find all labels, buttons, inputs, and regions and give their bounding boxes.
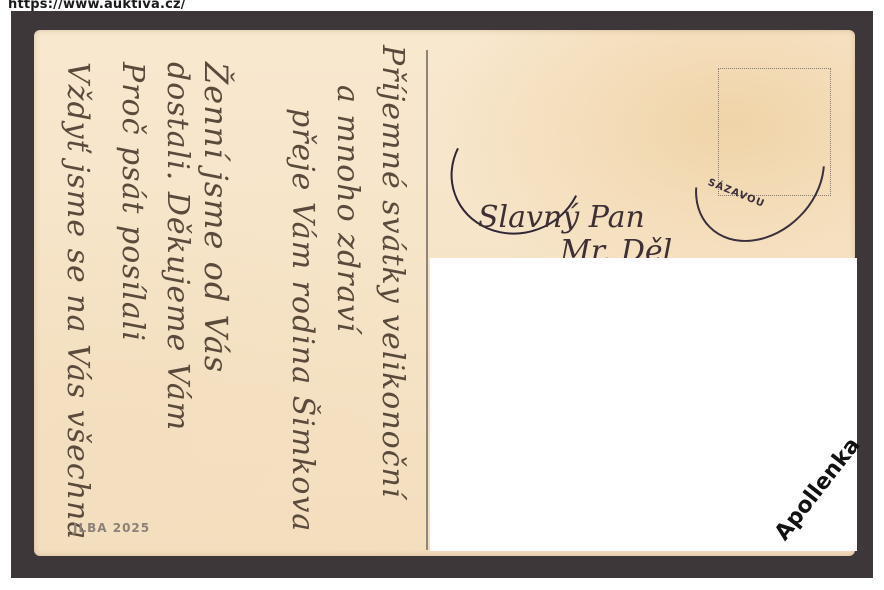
- handwriting-line-2: Proč psát posílali: [115, 62, 150, 342]
- handwriting-line-1: Vždyť jsme se na Vás všechna: [60, 62, 95, 540]
- handwriting-line-3: dostali. Děkujeme Vám: [160, 62, 195, 431]
- publisher-imprint: JLBA 2025: [73, 521, 150, 535]
- handwriting-line-7: Příjemné svátky velikonoční: [375, 45, 410, 498]
- card-divider-line: [426, 50, 428, 550]
- handwriting-line-5: přeje Vám rodina Šimkova: [285, 108, 320, 532]
- address-line-1: Slavný Pan: [478, 200, 645, 235]
- handwriting-line-6: a mnoho zdraví: [330, 85, 365, 333]
- handwriting-line-4: Ženní jsme od Vás: [197, 62, 235, 373]
